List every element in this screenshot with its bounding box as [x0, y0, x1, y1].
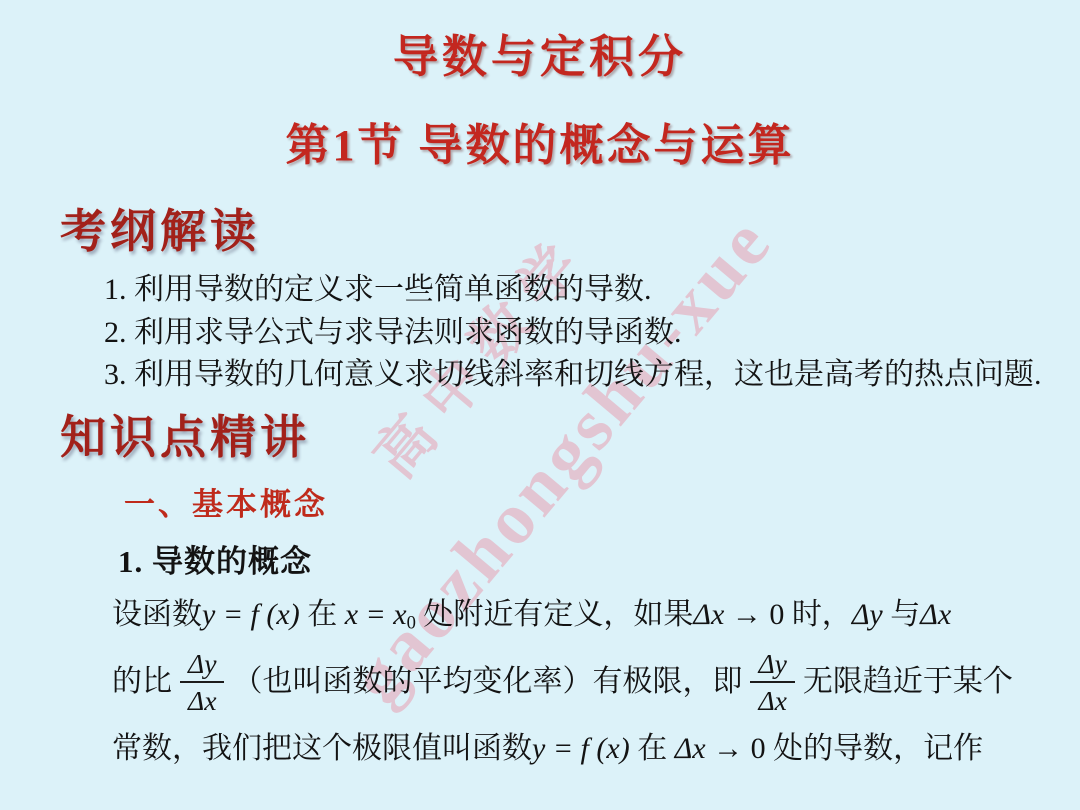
slide-subtitle: 第1节 导数的概念与运算 — [0, 109, 1080, 173]
text-segment: 处附近有定义，如果 — [416, 598, 694, 631]
outline-item-3: 3. 利用导数的几何意义求切线斜率和切线方程，这也是高考的热点问题. — [104, 354, 1054, 397]
slide-content: 导数与定积分 第1节 导数的概念与运算 考纲解读 1. 利用导数的定义求一些简单… — [0, 0, 1080, 769]
math-segment: x = x — [345, 598, 407, 631]
text-segment: 设函数 — [112, 598, 202, 631]
definition-paragraph: 设函数y = f (x) 在 x = x0 处附近有定义，如果Δx → 0 时，… — [112, 595, 1072, 770]
slide-title: 导数与定积分 — [0, 0, 1080, 85]
paragraph-line-1: 设函数y = f (x) 在 x = x0 处附近有定义，如果Δx → 0 时，… — [112, 595, 1072, 636]
presentation-slide: 高中数学 gaozhongshu-xue 导数与定积分 第1节 导数的概念与运算… — [0, 0, 1080, 810]
text-segment: 的比 — [112, 662, 172, 703]
text-segment: 在 — [300, 598, 345, 631]
text-segment: → 0 时， — [724, 598, 852, 631]
text-segment: 处的导数，记作 — [773, 732, 983, 765]
math-segment: Δy — [852, 598, 883, 631]
fraction-numerator: Δy — [750, 648, 794, 684]
fraction-denominator: Δx — [758, 683, 786, 717]
outline-item-2: 2. 利用求导公式与求导法则求函数的导函数. — [104, 312, 1054, 355]
point-title-derivative-concept: 1. 导数的概念 — [118, 536, 1080, 581]
fraction-denominator: Δx — [188, 683, 216, 717]
section-heading-exam-outline: 考纲解读 — [60, 195, 1080, 261]
text-segment: 与 — [883, 598, 921, 631]
outline-item-1: 1. 利用导数的定义求一些简单函数的导数. — [104, 269, 1054, 312]
math-segment: y = f (x) — [202, 598, 300, 631]
text-segment: 在 — [630, 732, 675, 765]
math-segment: Δx — [675, 732, 706, 765]
math-segment: Δx — [920, 598, 951, 631]
math-segment: y = f (x) — [532, 732, 630, 765]
exam-outline-list: 1. 利用导数的定义求一些简单函数的导数. 2. 利用求导公式与求导法则求函数的… — [104, 269, 1054, 397]
paragraph-line-3: 常数，我们把这个极限值叫函数y = f (x) 在 Δx → 0 处的导数，记作 — [112, 729, 1072, 770]
text-segment: （也叫函数的平均变化率）有极限，即 — [232, 662, 742, 703]
fraction: ΔyΔx — [750, 648, 794, 717]
subscript-segment: 0 — [407, 612, 416, 633]
fraction: ΔyΔx — [180, 648, 224, 717]
sub-heading-basic-concepts: 一、基本概念 — [124, 479, 1080, 524]
fraction-numerator: Δy — [180, 648, 224, 684]
text-segment: 常数，我们把这个极限值叫函数 — [112, 732, 532, 765]
math-segment: Δx — [693, 598, 724, 631]
section-heading-knowledge: 知识点精讲 — [60, 401, 1080, 467]
text-segment: → 0 — [706, 732, 774, 765]
text-segment: 无限趋近于某个 — [803, 662, 1013, 703]
paragraph-line-2: 的比 ΔyΔx （也叫函数的平均变化率）有极限，即ΔyΔx 无限趋近于某个 — [112, 648, 1072, 717]
